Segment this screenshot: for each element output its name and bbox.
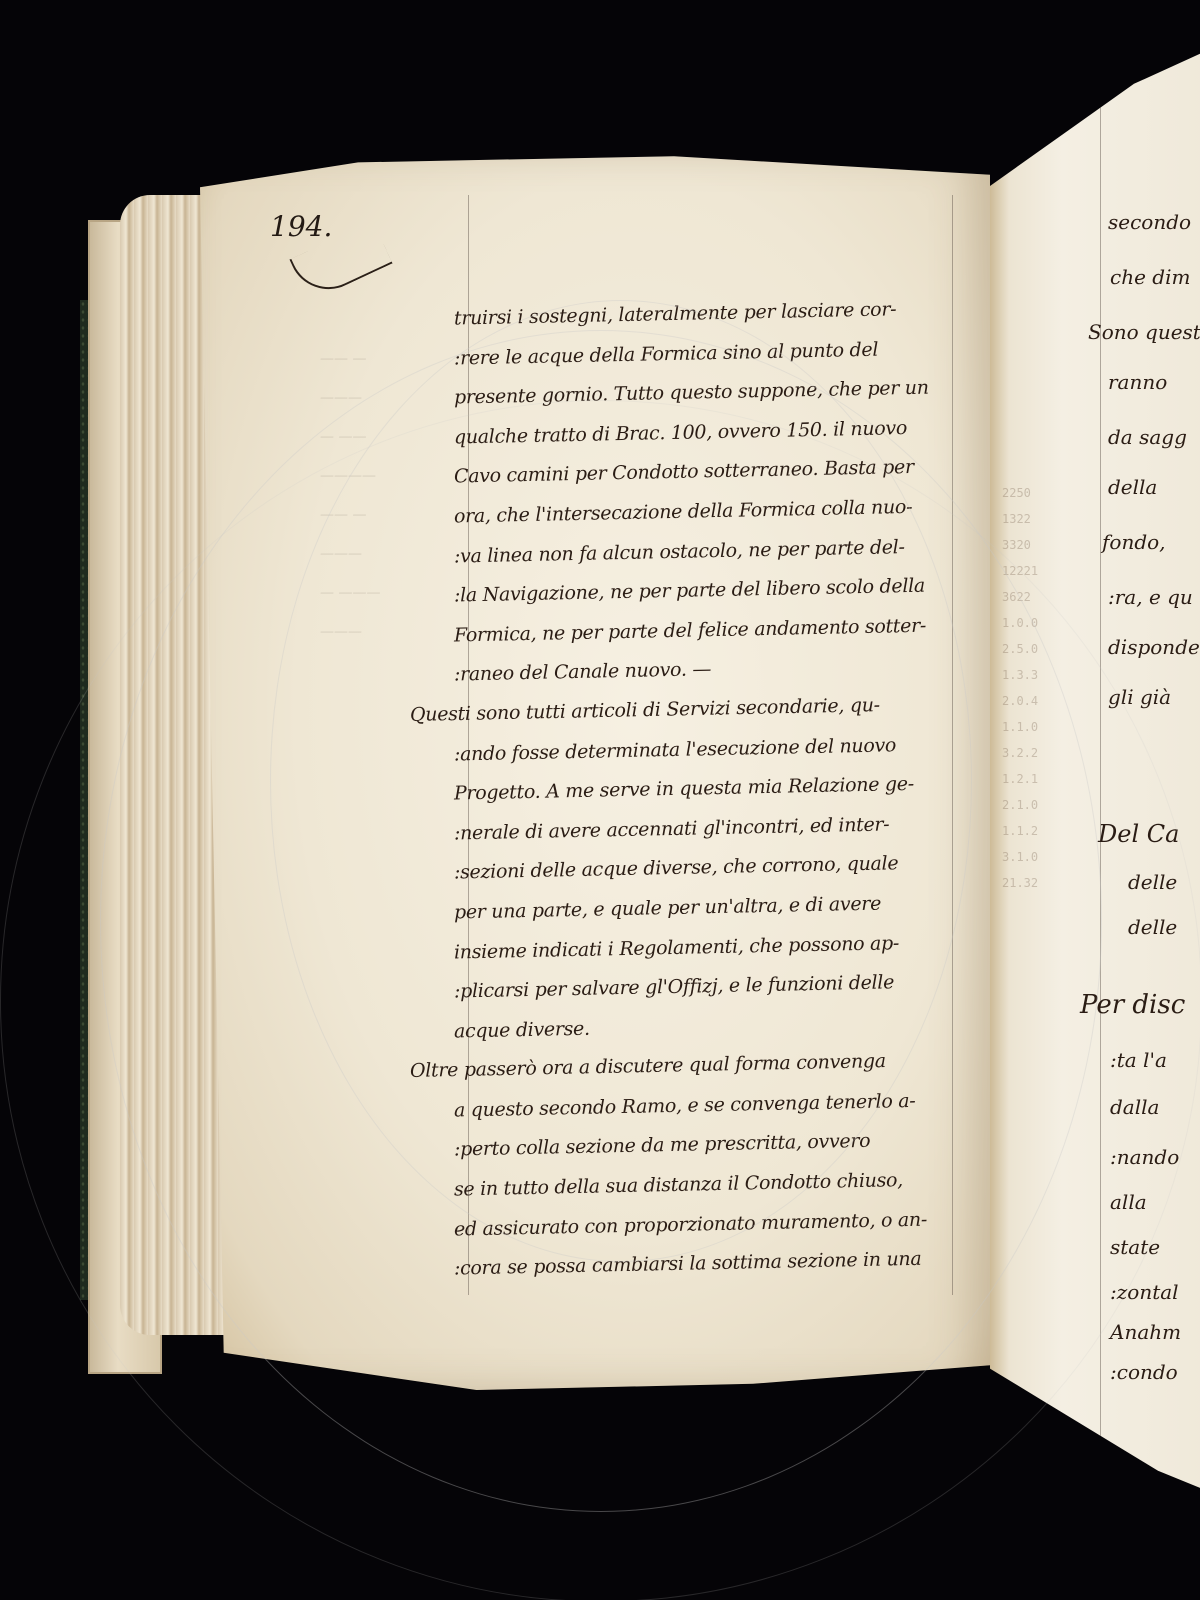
text-fragment: delle xyxy=(1128,870,1177,894)
text-fragment: fondo, xyxy=(1102,530,1166,554)
left-page: 194. —— ————— ———————— ————— —————— trui… xyxy=(200,150,990,1390)
text-fragment: delle xyxy=(1128,915,1177,939)
text-fragment: :condo xyxy=(1110,1360,1178,1384)
text-fragment: :ra, e qu xyxy=(1108,585,1193,609)
paragraph-start-fragment: Per disc xyxy=(1080,990,1185,1020)
bleed-through-numbers: 2250132233201222136221.0.02.5.01.3.32.0.… xyxy=(1002,480,1038,896)
text-fragment: :zontal xyxy=(1110,1280,1179,1304)
text-fragment: Sono quest xyxy=(1088,320,1200,344)
text-fragment: ranno xyxy=(1108,370,1167,394)
text-fragment: dalla xyxy=(1110,1095,1159,1119)
folio-number: 194. xyxy=(270,210,332,243)
text-fragment: state xyxy=(1110,1235,1160,1259)
text-fragment: alla xyxy=(1110,1190,1147,1214)
text-fragment: :ta l'a xyxy=(1110,1048,1167,1072)
text-fragment: che dim xyxy=(1110,265,1190,289)
text-fragment: disponde xyxy=(1108,635,1200,659)
text-fragment: Anahm xyxy=(1110,1320,1181,1344)
text-fragment: della xyxy=(1108,475,1157,499)
section-heading-fragment: Del Ca xyxy=(1098,820,1179,848)
text-fragment: secondo xyxy=(1108,210,1191,234)
text-fragment: gli già xyxy=(1108,685,1171,709)
manuscript-photo: 194. —— ————— ———————— ————— —————— trui… xyxy=(0,0,1200,1600)
manuscript-text: truirsi i sostegni, lateralmente per las… xyxy=(432,300,972,1290)
right-page-margin-rule xyxy=(1100,80,1101,1480)
right-page: 2250132233201222136221.0.02.5.01.3.32.0.… xyxy=(990,40,1200,1500)
text-fragment: da sagg xyxy=(1108,425,1187,449)
text-fragment: :nando xyxy=(1110,1145,1179,1169)
